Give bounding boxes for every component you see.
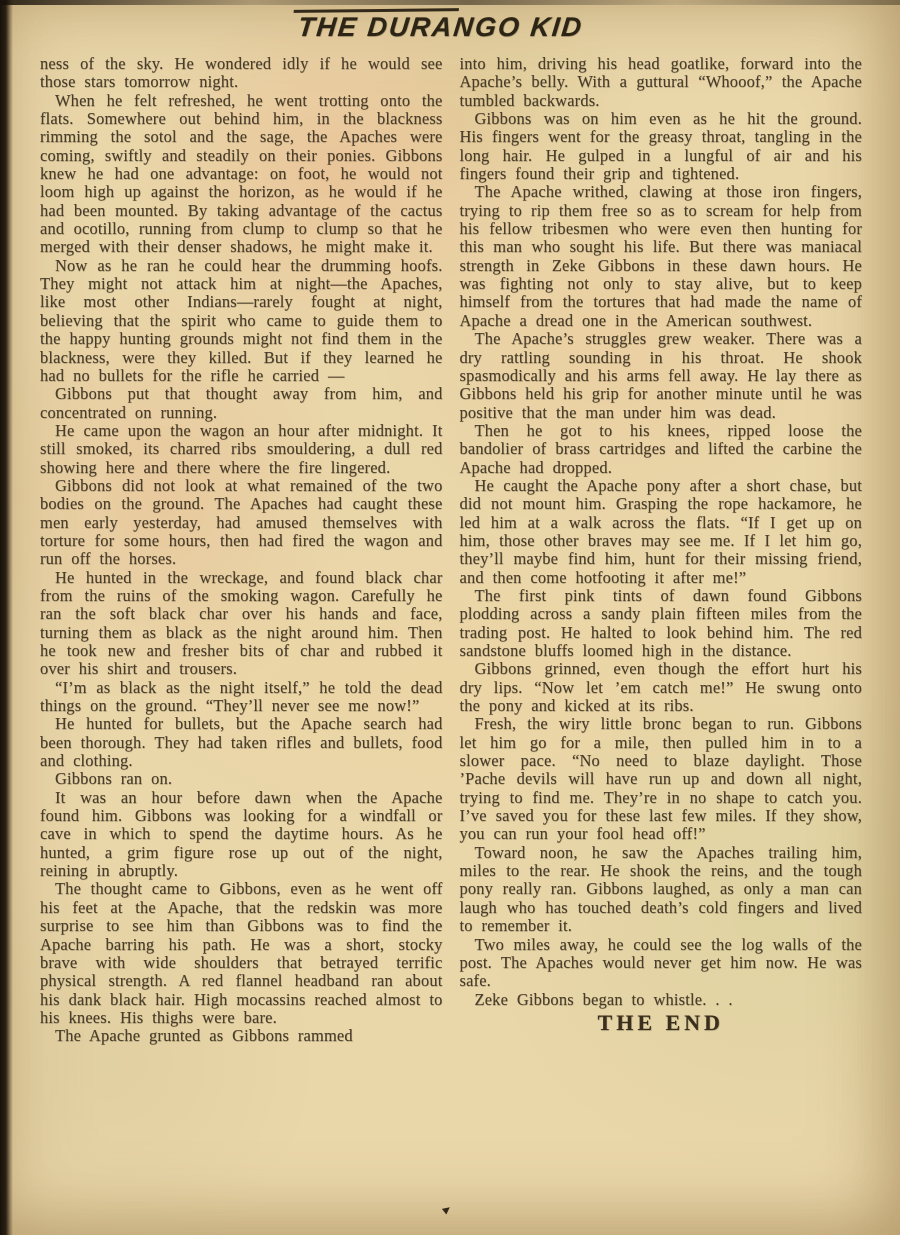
paragraph: Gibbons did not look at what remained of… — [40, 477, 443, 569]
scan-edge-left — [0, 0, 13, 1235]
text-columns: ness of the sky. He wondered idly if he … — [40, 55, 862, 1046]
paragraph: The thought came to Gibbons, even as he … — [40, 880, 443, 1027]
paragraph: Gibbons ran on. — [40, 770, 443, 788]
paragraph: Gibbons grinned, even though the effort … — [460, 660, 863, 715]
paragraph: Toward noon, he saw the Apaches trailing… — [460, 844, 863, 936]
text-column-left: ness of the sky. He wondered idly if he … — [40, 55, 443, 1046]
paragraph: He came upon the wagon an hour after mid… — [40, 422, 443, 477]
paragraph: Gibbons was on him even as he hit the gr… — [460, 110, 863, 183]
paragraph: “I’m as black as the night itself,” he t… — [40, 679, 443, 716]
paragraph: When he felt refreshed, he went trotting… — [40, 92, 443, 257]
story-title-text: THE DURANGO KID — [296, 12, 584, 43]
scan-edge-top — [0, 0, 900, 5]
paragraph: The first pink tints of dawn found Gibbo… — [460, 587, 863, 660]
text-column-right: into him, driving his head goatlike, for… — [460, 55, 863, 1046]
the-end-label: THE END — [460, 1010, 863, 1036]
paragraph: into him, driving his head goatlike, for… — [460, 55, 863, 110]
paragraph: The Apache writhed, clawing at those iro… — [460, 183, 863, 330]
arrow-mark-icon: ► — [438, 1200, 457, 1219]
paragraph: Gibbons put that thought away from him, … — [40, 385, 443, 422]
paragraph: He hunted for bullets, but the Apache se… — [40, 715, 443, 770]
text-column-right-body: into him, driving his head goatlike, for… — [460, 55, 863, 1009]
paragraph: The Apache’s struggles grew weaker. Ther… — [460, 330, 863, 422]
paragraph: Now as he ran he could hear the drumming… — [40, 257, 443, 385]
scanned-story-page: THE DURANGO KID ness of the sky. He wond… — [0, 0, 900, 1235]
story-title: THE DURANGO KID — [0, 12, 880, 43]
paragraph: Then he got to his knees, ripped loose t… — [460, 422, 863, 477]
paragraph: He caught the Apache pony after a short … — [460, 477, 863, 587]
paragraph: The Apache grunted as Gibbons rammed — [40, 1027, 443, 1045]
paragraph: He hunted in the wreckage, and found bla… — [40, 569, 443, 679]
paragraph: Fresh, the wiry little bronc began to ru… — [460, 715, 863, 843]
paragraph: ness of the sky. He wondered idly if he … — [40, 55, 443, 92]
paragraph: It was an hour before dawn when the Apac… — [40, 789, 443, 881]
paragraph: Zeke Gibbons began to whistle. . . — [460, 991, 863, 1009]
paragraph: Two miles away, he could see the log wal… — [460, 936, 863, 991]
